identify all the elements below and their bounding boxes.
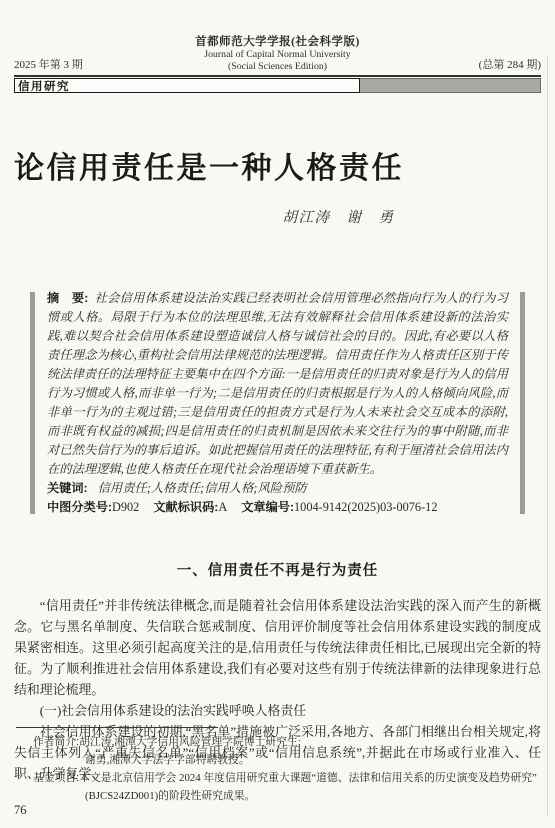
clc-value: D902	[112, 500, 139, 514]
journal-header: 首都师范大学学报(社会科学版) Journal of Capital Norma…	[14, 0, 541, 93]
article-meta-line: 中图分类号:D902文献标识码:A文章编号:1004-9142(2025)03-…	[47, 498, 508, 517]
keywords-label: 关键词:	[47, 481, 88, 495]
doc-code-value: A	[218, 500, 227, 514]
fund-project-line-1: 基金项目:本文是北京信用学会 2024 年度信用研究重大课题“道德、法律和信用关…	[14, 769, 541, 787]
fund-project-text-1: 本文是北京信用学会 2024 年度信用研究重大课题“道德、法律和信用关系的历史演…	[79, 772, 537, 784]
article-authors: 胡江涛 谢 勇	[75, 206, 555, 227]
keywords-line: 关键词:信用责任;人格责任;信用人格;风险预防	[47, 479, 508, 498]
journal-title-cn: 首都师范大学学报(社会科学版)	[14, 35, 541, 49]
header-rule	[14, 75, 541, 77]
author-bio-line-1: 作者简介:胡江涛,湘潭大学信用风险管理学院博士研究生;	[14, 733, 541, 751]
article-id-label: 文章编号:	[241, 500, 294, 514]
author-bio-label: 作者简介:	[33, 736, 79, 748]
body-paragraph-1: “信用责任”并非传统法律概念,而是随着社会信用体系建设法治实践的深入而产生的新概…	[14, 596, 541, 701]
abstract-rule-right	[520, 292, 525, 514]
article-title: 论信用责任是一种人格责任	[14, 150, 541, 188]
fund-project-label: 基金项目:	[33, 772, 79, 784]
clc-label: 中图分类号:	[47, 500, 112, 514]
column-bar: 信用研究	[14, 78, 541, 93]
abstract-rule-left	[30, 292, 35, 514]
column-badge: 信用研究	[14, 78, 360, 93]
abstract-paragraph: 摘 要:社会信用体系建设法治实践已经表明社会信用管理必然指向行为人的行为习惯或人…	[47, 289, 508, 479]
issue-total-number: (总第 284 期)	[479, 56, 541, 72]
issue-number: 2025 年第 3 期	[14, 56, 83, 72]
fund-project-line-2: (BJCS24ZD001)的阶段性研究成果。	[14, 787, 541, 805]
column-bar-fill	[360, 78, 541, 93]
journal-title-en-sub: (Social Sciences Edition)	[14, 61, 541, 73]
abstract-label: 摘 要:	[47, 291, 88, 305]
article-id-value: 1004-9142(2025)03-0076-12	[294, 500, 437, 514]
page-number: 76	[14, 803, 27, 818]
journal-title-en: Journal of Capital Normal University	[14, 49, 541, 61]
doc-code-label: 文献标识码:	[153, 500, 218, 514]
footnote-divider	[16, 727, 218, 728]
scan-edge-line	[547, 55, 548, 816]
abstract-block: 摘 要:社会信用体系建设法治实践已经表明社会信用管理必然指向行为人的行为习惯或人…	[30, 287, 525, 519]
abstract-text: 社会信用体系建设法治实践已经表明社会信用管理必然指向行为人的行为习惯或人格。局限…	[47, 291, 508, 476]
footnote-area: 作者简介:胡江涛,湘潭大学信用风险管理学院博士研究生; 谢勇,湘潭大学法学学部特…	[14, 727, 541, 805]
author-bio-line-2: 谢勇,湘潭大学法学学部特聘教授。	[14, 751, 541, 769]
scanned-journal-page: 首都师范大学学报(社会科学版) Journal of Capital Norma…	[0, 0, 555, 828]
author-bio-text-1: 胡江涛,湘潭大学信用风险管理学院博士研究生;	[79, 736, 301, 748]
journal-masthead: 首都师范大学学报(社会科学版) Journal of Capital Norma…	[14, 0, 541, 72]
section-heading: 一、信用责任不再是行为责任	[14, 559, 541, 580]
sub-section-heading: (一)社会信用体系建设的法治实践呼唤人格责任	[14, 701, 541, 722]
keywords-text: 信用责任;人格责任;信用人格;风险预防	[98, 481, 307, 495]
